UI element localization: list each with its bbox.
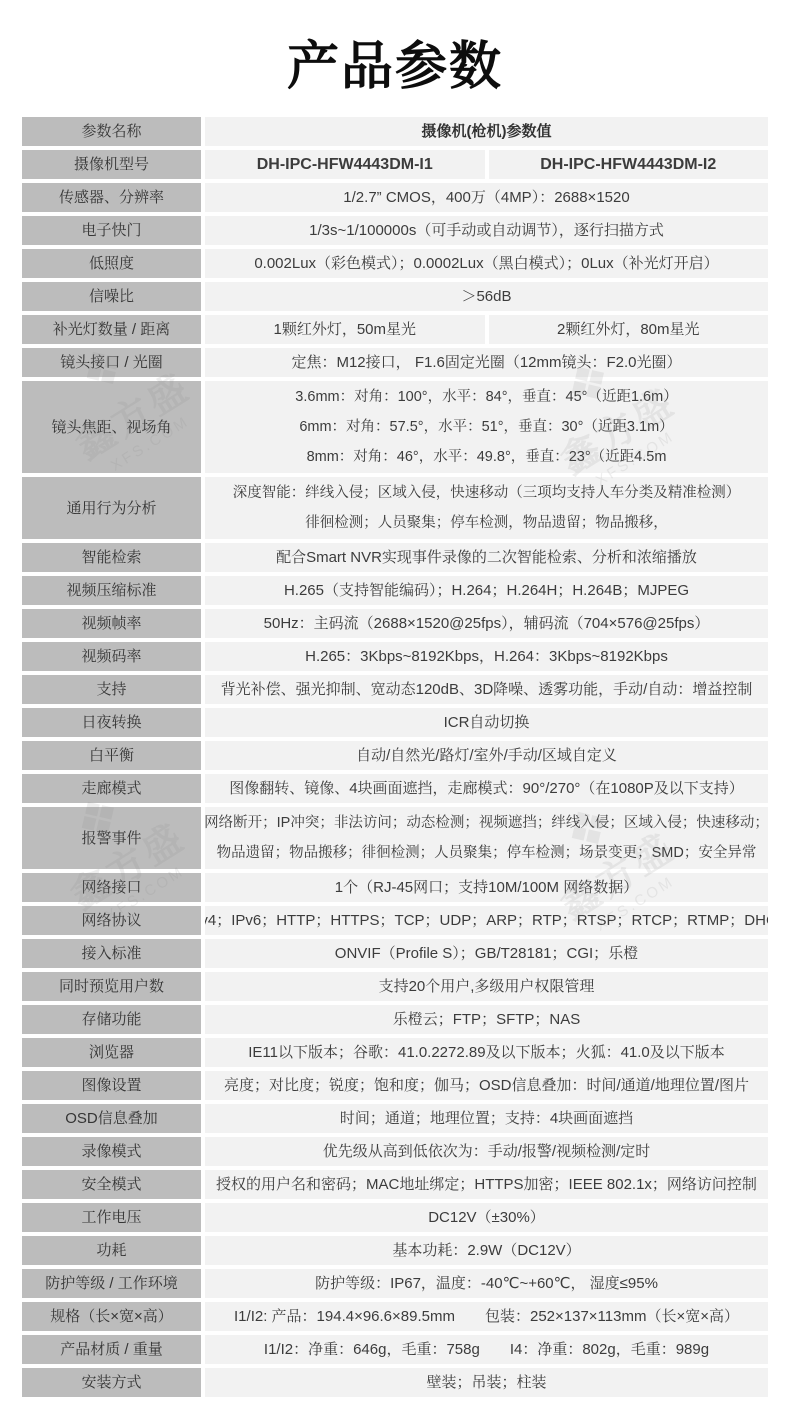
row-value: 防护等级：IP67，温度：-40℃~+60℃， 湿度≤95%: [205, 1269, 768, 1298]
table-row: 网络协议IPv4；IPv6；HTTP；HTTPS；TCP；UDP；ARP；RTP…: [22, 906, 768, 935]
row-label: 日夜转换: [22, 708, 201, 737]
row-value: IPv4；IPv6；HTTP；HTTPS；TCP；UDP；ARP；RTP；RTS…: [205, 906, 768, 935]
value-line: 3.6mm：对角：100°，水平：84°，垂直：45°（近距1.6m）: [295, 382, 677, 412]
row-label: 视频压缩标准: [22, 576, 201, 605]
product-spec-page: 产品参数 参数名称 摄像机(枪机)参数值 摄像机型号DH-IPC-HFW4443…: [0, 0, 790, 1401]
table-row: 工作电压DC12V（±30%）: [22, 1203, 768, 1232]
table-row: 电子快门1/3s~1/100000s（可手动或自动调节），逐行扫描方式: [22, 216, 768, 245]
row-label: 通用行为分析: [22, 477, 201, 539]
row-label: 走廊模式: [22, 774, 201, 803]
row-value: IE11以下版本；谷歌：41.0.2272.89及以下版本；火狐：41.0及以下…: [205, 1038, 768, 1067]
table-row: 网络接口1个（RJ-45网口；支持10M/100M 网络数据）: [22, 873, 768, 902]
table-row: OSD信息叠加时间；通道；地理位置；支持：4块画面遮挡: [22, 1104, 768, 1133]
table-row: 防护等级 / 工作环境防护等级：IP67，温度：-40℃~+60℃， 湿度≤95…: [22, 1269, 768, 1298]
row-value: 亮度；对比度；锐度；饱和度；伽马；OSD信息叠加：时间/通道/地理位置/图片: [205, 1071, 768, 1100]
row-value: ＞56dB: [205, 282, 768, 311]
table-row: 低照度0.002Lux（彩色模式）；0.0002Lux（黑白模式）；0Lux（补…: [22, 249, 768, 278]
row-label: 补光灯数量 / 距离: [22, 315, 201, 344]
table-row: 摄像机型号DH-IPC-HFW4443DM-I1DH-IPC-HFW4443DM…: [22, 150, 768, 179]
row-value: 基本功耗：2.9W（DC12V）: [205, 1236, 768, 1265]
row-value: 1个（RJ-45网口；支持10M/100M 网络数据）: [205, 873, 768, 902]
row-label: 低照度: [22, 249, 201, 278]
table-row: 视频码率H.265：3Kbps~8192Kbps，H.264：3Kbps~819…: [22, 642, 768, 671]
row-label: 智能检索: [22, 543, 201, 572]
table-row: 功耗基本功耗：2.9W（DC12V）: [22, 1236, 768, 1265]
row-value: 图像翻转、镜像、4块画面遮挡，走廊模式：90°/270°（在1080P及以下支持…: [205, 774, 768, 803]
row-label: 浏览器: [22, 1038, 201, 1067]
table-row: 规格（长×宽×高）I1/I2: 产品：194.4×96.6×89.5mm 包装：…: [22, 1302, 768, 1331]
row-label: 工作电压: [22, 1203, 201, 1232]
row-label: 安装方式: [22, 1368, 201, 1397]
row-label: 网络协议: [22, 906, 201, 935]
row-label: 镜头接口 / 光圈: [22, 348, 201, 377]
row-value: 背光补偿、强光抑制、宽动态120dB、3D降噪、透雾功能，手动/自动：增益控制: [205, 675, 768, 704]
row-label: 规格（长×宽×高）: [22, 1302, 201, 1331]
table-row: 安装方式壁装；吊装；柱装: [22, 1368, 768, 1397]
row-value: 配合Smart NVR实现事件录像的二次智能检索、分析和浓缩播放: [205, 543, 768, 572]
row-value: 0.002Lux（彩色模式）；0.0002Lux（黑白模式）；0Lux（补光灯开…: [205, 249, 768, 278]
value-line: 深度智能：绊线入侵；区域入侵，快速移动（三项均支持人车分类及精准检测）: [233, 478, 741, 508]
row-label: 同时预览用户数: [22, 972, 201, 1001]
header-name-cell: 参数名称: [22, 117, 201, 146]
row-value: I1/I2: 产品：194.4×96.6×89.5mm 包装：252×137×1…: [205, 1302, 768, 1331]
table-row: 走廊模式图像翻转、镜像、4块画面遮挡，走廊模式：90°/270°（在1080P及…: [22, 774, 768, 803]
row-value: 自动/自然光/路灯/室外/手动/区域自定义: [205, 741, 768, 770]
value-line: 物品遗留；物品搬移；徘徊检测；人员聚集；停车检测；场景变更；SMD；安全异常: [217, 838, 757, 868]
row-label: OSD信息叠加: [22, 1104, 201, 1133]
row-value: 乐橙云；FTP；SFTP；NAS: [205, 1005, 768, 1034]
table-row: 镜头焦距、视场角3.6mm：对角：100°，水平：84°，垂直：45°（近距1.…: [22, 381, 768, 473]
table-row: 浏览器IE11以下版本；谷歌：41.0.2272.89及以下版本；火狐：41.0…: [22, 1038, 768, 1067]
row-value: 时间；通道；地理位置；支持：4块画面遮挡: [205, 1104, 768, 1133]
row-label: 防护等级 / 工作环境: [22, 1269, 201, 1298]
row-label: 功耗: [22, 1236, 201, 1265]
row-label: 电子快门: [22, 216, 201, 245]
row-value: ONVIF（Profile S）；GB/T28181；CGI；乐橙: [205, 939, 768, 968]
table-row: 视频压缩标准H.265（支持智能编码）；H.264；H.264H；H.264B；…: [22, 576, 768, 605]
table-row: 镜头接口 / 光圈定焦：M12接口， F1.6固定光圈（12mm镜头：F2.0光…: [22, 348, 768, 377]
table-row: 视频帧率50Hz：主码流（2688×1520@25fps），辅码流（704×57…: [22, 609, 768, 638]
row-label: 网络接口: [22, 873, 201, 902]
row-value: I1/I2：净重：646g，毛重：758g I4：净重：802g，毛重：989g: [205, 1335, 768, 1364]
table-header-row: 参数名称 摄像机(枪机)参数值: [22, 117, 768, 146]
row-value: 1/2.7” CMOS，400万（4MP）：2688×1520: [205, 183, 768, 212]
table-row: 图像设置亮度；对比度；锐度；饱和度；伽马；OSD信息叠加：时间/通道/地理位置/…: [22, 1071, 768, 1100]
value-line: 8mm：对角：46°，水平：49.8°，垂直：23°（近距4.5m: [307, 442, 667, 472]
table-row: 录像模式优先级从高到低依次为：手动/报警/视频检测/定时: [22, 1137, 768, 1166]
row-label: 视频码率: [22, 642, 201, 671]
row-label: 镜头焦距、视场角: [22, 381, 201, 473]
row-value: DH-IPC-HFW4443DM-I1: [205, 150, 485, 179]
row-label: 视频帧率: [22, 609, 201, 638]
table-row: 安全模式授权的用户名和密码；MAC地址绑定；HTTPS加密；IEEE 802.1…: [22, 1170, 768, 1199]
row-label: 存储功能: [22, 1005, 201, 1034]
header-value-cell: 摄像机(枪机)参数值: [205, 117, 768, 146]
row-label: 白平衡: [22, 741, 201, 770]
row-value: 3.6mm：对角：100°，水平：84°，垂直：45°（近距1.6m）6mm：对…: [205, 381, 768, 473]
table-row: 信噪比＞56dB: [22, 282, 768, 311]
table-row: 同时预览用户数支持20个用户,多级用户权限管理: [22, 972, 768, 1001]
row-label: 摄像机型号: [22, 150, 201, 179]
row-label: 图像设置: [22, 1071, 201, 1100]
table-row: 白平衡自动/自然光/路灯/室外/手动/区域自定义: [22, 741, 768, 770]
row-value: 支持20个用户,多级用户权限管理: [205, 972, 768, 1001]
row-label: 录像模式: [22, 1137, 201, 1166]
row-value: H.265（支持智能编码）；H.264；H.264H；H.264B；MJPEG: [205, 576, 768, 605]
row-label: 安全模式: [22, 1170, 201, 1199]
row-value: 50Hz：主码流（2688×1520@25fps），辅码流（704×576@25…: [205, 609, 768, 638]
row-value: 2颗红外灯，80m星光: [489, 315, 769, 344]
row-label: 支持: [22, 675, 201, 704]
table-row: 通用行为分析深度智能：绊线入侵；区域入侵，快速移动（三项均支持人车分类及精准检测…: [22, 477, 768, 539]
table-row: 接入标准ONVIF（Profile S）；GB/T28181；CGI；乐橙: [22, 939, 768, 968]
spec-table: 参数名称 摄像机(枪机)参数值 摄像机型号DH-IPC-HFW4443DM-I1…: [22, 117, 768, 1397]
table-row: 存储功能乐橙云；FTP；SFTP；NAS: [22, 1005, 768, 1034]
table-row: 支持背光补偿、强光抑制、宽动态120dB、3D降噪、透雾功能，手动/自动：增益控…: [22, 675, 768, 704]
table-row: 智能检索配合Smart NVR实现事件录像的二次智能检索、分析和浓缩播放: [22, 543, 768, 572]
row-label: 产品材质 / 重量: [22, 1335, 201, 1364]
row-value: 网络断开；IP冲突；非法访问；动态检测；视频遮挡；绊线入侵；区域入侵；快速移动；…: [205, 807, 768, 869]
table-row: 补光灯数量 / 距离1颗红外灯，50m星光2颗红外灯，80m星光: [22, 315, 768, 344]
page-title: 产品参数: [0, 24, 790, 99]
row-value: 优先级从高到低依次为：手动/报警/视频检测/定时: [205, 1137, 768, 1166]
row-label: 信噪比: [22, 282, 201, 311]
value-line: 徘徊检测；人员聚集；停车检测，物品遗留；物品搬移，: [305, 508, 668, 538]
table-rows: 摄像机型号DH-IPC-HFW4443DM-I1DH-IPC-HFW4443DM…: [22, 150, 768, 1397]
table-row: 产品材质 / 重量I1/I2：净重：646g，毛重：758g I4：净重：802…: [22, 1335, 768, 1364]
row-value: 壁装；吊装；柱装: [205, 1368, 768, 1397]
row-value: 1/3s~1/100000s（可手动或自动调节），逐行扫描方式: [205, 216, 768, 245]
row-value: H.265：3Kbps~8192Kbps，H.264：3Kbps~8192Kbp…: [205, 642, 768, 671]
row-value: 授权的用户名和密码；MAC地址绑定；HTTPS加密；IEEE 802.1x；网络…: [205, 1170, 768, 1199]
table-row: 日夜转换ICR自动切换: [22, 708, 768, 737]
row-label: 报警事件: [22, 807, 201, 869]
value-line: 6mm：对角：57.5°，水平：51°，垂直：30°（近距3.1m）: [299, 412, 673, 442]
row-label: 接入标准: [22, 939, 201, 968]
table-row: 报警事件网络断开；IP冲突；非法访问；动态检测；视频遮挡；绊线入侵；区域入侵；快…: [22, 807, 768, 869]
row-value: ICR自动切换: [205, 708, 768, 737]
row-value: DC12V（±30%）: [205, 1203, 768, 1232]
table-row: 传感器、分辨率1/2.7” CMOS，400万（4MP）：2688×1520: [22, 183, 768, 212]
row-label: 传感器、分辨率: [22, 183, 201, 212]
row-value: 定焦：M12接口， F1.6固定光圈（12mm镜头：F2.0光圈）: [205, 348, 768, 377]
value-line: 网络断开；IP冲突；非法访问；动态检测；视频遮挡；绊线入侵；区域入侵；快速移动；: [205, 808, 768, 838]
row-value: 深度智能：绊线入侵；区域入侵，快速移动（三项均支持人车分类及精准检测）徘徊检测；…: [205, 477, 768, 539]
row-value: 1颗红外灯，50m星光: [205, 315, 485, 344]
row-value: DH-IPC-HFW4443DM-I2: [489, 150, 769, 179]
